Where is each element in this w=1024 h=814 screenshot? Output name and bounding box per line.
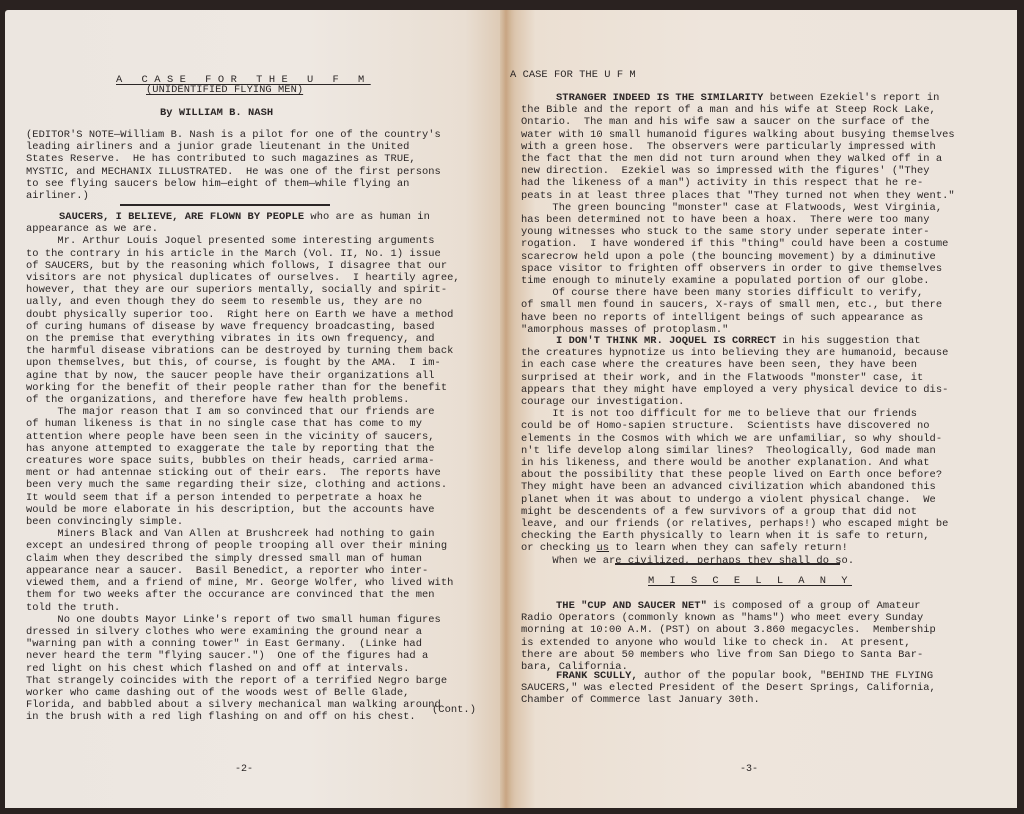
misc-item-1: THE "CUP AND SAUCER NET" is composed of … <box>521 600 936 673</box>
para1-caps: STRANGER INDEED IS THE SIMILARITY <box>521 92 763 104</box>
continued-label: (Cont.) <box>432 704 476 716</box>
right-para-1: STRANGER INDEED IS THE SIMILARITY betwee… <box>521 92 955 336</box>
byline: By WILLIAM B. NASH <box>160 107 273 119</box>
page-number-right: -3- <box>740 764 758 775</box>
article-subtitle: (UNIDENTIFIED FLYING MEN) <box>146 84 303 96</box>
miscellany-heading: M I S C E L L A N Y <box>648 575 852 587</box>
para2-caps: I DON'T THINK MR. JOQUEL IS CORRECT <box>521 335 776 347</box>
divider-rule <box>120 204 330 206</box>
left-body: SAUCERS, I BELIEVE, ARE FLOWN BY PEOPLE … <box>26 211 460 724</box>
editors-note: (EDITOR'S NOTE—William B. Nash is a pilo… <box>26 129 441 202</box>
para2-underlined: us <box>596 542 609 554</box>
misc-item-2: FRANK SCULLY, author of the popular book… <box>521 670 936 707</box>
divider-rule-right <box>615 563 840 565</box>
book-spine <box>500 10 512 808</box>
para2-close: When we are civilized, perhaps they shal… <box>521 555 854 567</box>
running-head: A CASE FOR THE U F M <box>510 69 636 81</box>
para2-text: in his suggestion that the creatures hyp… <box>521 335 948 542</box>
para1-text: between Ezekiel's report in the Bible an… <box>521 92 955 336</box>
para2-last-pre: or checking <box>521 542 596 554</box>
misc1-caps: THE "CUP AND SAUCER NET" <box>521 600 707 612</box>
para2-last-post: to learn when they can safely return! <box>609 542 848 554</box>
lead-caps: SAUCERS, I BELIEVE, ARE FLOWN BY PEOPLE <box>26 211 304 223</box>
page-number-left: -2- <box>235 764 253 775</box>
left-body-text: who are as human in appearance as we are… <box>26 211 460 723</box>
right-para-2: I DON'T THINK MR. JOQUEL IS CORRECT in h… <box>521 335 948 567</box>
misc2-caps: FRANK SCULLY, <box>521 670 638 682</box>
